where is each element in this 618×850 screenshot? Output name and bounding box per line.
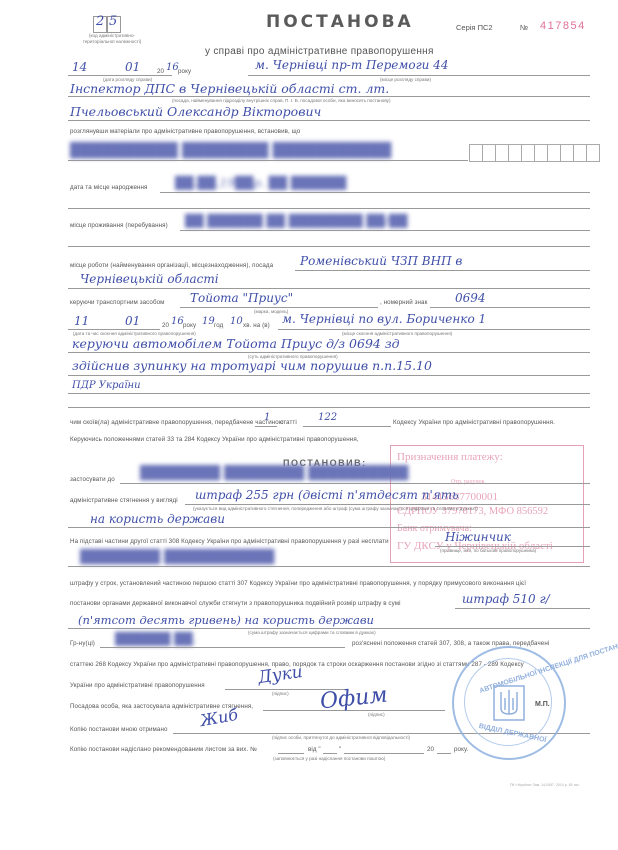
penalty-value: штраф 255 грн (двісті п'ятдесят п'ять <box>195 488 459 502</box>
guided-by-text: Керуючись положеннями статей 33 та 284 К… <box>70 436 359 443</box>
offense-place: м. Чернівці по вул. Бориченко 1 <box>282 312 486 326</box>
series-label: Серія ПС2 <box>456 23 493 32</box>
birth-value-redacted: ██.██.19██р. ██ ██████ <box>175 176 346 190</box>
residence-line <box>180 230 590 231</box>
offense-day-line <box>68 329 120 330</box>
payment-account-label: Отр. рахунок <box>451 479 485 485</box>
residence-value-redacted: ██ ██████ ██ ████████ ██/██ <box>185 214 407 228</box>
residence-label: місце проживання (перебування) <box>70 222 168 229</box>
offense-month: 01 <box>125 314 140 328</box>
case-day: 14 <box>72 60 87 74</box>
article-text-after: Кодексу України про адміністративні прав… <box>393 419 555 426</box>
offense-year-suffix: 16 <box>171 316 184 327</box>
copy-received-caption: (підпис особи, притягнутої до адміністра… <box>272 735 410 740</box>
mailed-year-prefix: 20 <box>427 746 434 753</box>
rights-explained-text: роз'яснені положення статей 307, 308, а … <box>352 640 549 647</box>
document-title: ПОСТАНОВА <box>266 12 414 32</box>
offense-minute: 10 <box>230 316 243 327</box>
double-text: постанови органами державної виконавчої … <box>70 600 401 607</box>
double-line-2 <box>68 628 590 629</box>
vehicle-value: Тойота "Приус" <box>190 291 293 305</box>
apply-line <box>120 483 590 484</box>
document-number: 417854 <box>540 20 586 32</box>
citizen-line <box>100 647 345 648</box>
article-number-line <box>303 426 391 427</box>
double-line <box>455 608 590 609</box>
id-number-cells <box>470 144 600 162</box>
nonpayment-caption: (прізвище, ім'я, по батькові правопорушн… <box>440 548 536 553</box>
apply-value-redacted: ████████ ████████ ██████████ <box>140 466 408 481</box>
offense-day: 11 <box>74 314 89 328</box>
article-number: 122 <box>318 412 337 423</box>
plate-line <box>430 307 590 308</box>
penalty-line <box>185 504 590 505</box>
offense-year-prefix: 20 <box>162 322 169 329</box>
case-year-prefix: 20 <box>157 68 164 75</box>
official-signature-caption: (підпис) <box>368 712 385 717</box>
article-text-mid: статті <box>280 419 297 426</box>
rights-signature-caption: (підпис) <box>272 691 289 696</box>
mailed-number-line <box>278 753 304 754</box>
officer-line-1-rule <box>68 96 590 97</box>
offense-hour: 19 <box>202 316 215 327</box>
copy-received-label: Копію постанови мною отримано <box>70 726 168 733</box>
case-place-line <box>248 75 590 76</box>
nonpayment-name-line-2-redacted: ████████ ███████████ <box>80 550 274 565</box>
review-intro: розглянувши матеріали про адміністративн… <box>70 128 300 135</box>
work-value-line-2: Чернівецькій області <box>80 272 219 286</box>
offense-place-line <box>278 329 590 330</box>
citizen-value-redacted: ██████ ██. <box>115 632 196 646</box>
term-text: штрафу у строк, установлений частиною пе… <box>70 580 526 587</box>
essence-line-1 <box>68 352 590 353</box>
birth-label: дата та місце народження <box>70 184 148 191</box>
article-part: 1 <box>264 412 270 423</box>
mailed-day-line <box>323 753 337 754</box>
work-line-2 <box>68 288 590 289</box>
code-digit-2-value: 5 <box>109 14 117 29</box>
nonpayment-text: На підставі частини другої статті 308 Ко… <box>70 538 389 545</box>
essence-line-2 <box>68 375 590 376</box>
case-month: 01 <box>125 60 140 74</box>
offense-essence-line-3: ПДР України <box>72 380 141 391</box>
essence-line-4 <box>68 407 590 408</box>
mailed-month-line <box>344 753 424 754</box>
nonpayment-name: Ніжинчик <box>445 530 511 544</box>
print-footer-note: ПК «Україна» Зам. 14-0497. 2014 р. 45 ти… <box>510 783 580 787</box>
apply-label: застосувати до <box>70 476 115 483</box>
double-value-line-2: (п'ятсот десять гривень) на користь держ… <box>78 613 374 627</box>
nonpayment-line <box>435 546 590 547</box>
officer-caption: (посада, найменування підрозділу внутріш… <box>172 98 391 103</box>
penalty-caption: (указується вид адміністративного стягне… <box>193 506 478 511</box>
copy-mailed-caption: (заповнюється у разі надіслання постанов… <box>273 756 385 761</box>
residence-line-2 <box>68 246 590 247</box>
birth-line-2 <box>68 208 590 209</box>
territorial-code-caption: (код адміністративно-територіальної нале… <box>77 33 147 45</box>
case-place: м. Чернівці пр-т Перемоги 44 <box>255 58 448 72</box>
trident-icon <box>492 684 526 724</box>
penalty-line-2 <box>68 527 590 528</box>
document-subtitle: у справі про адміністративне правопоруше… <box>205 46 434 57</box>
double-value: штраф 510 г/ <box>462 592 550 606</box>
offense-year-word: року <box>183 322 196 329</box>
birth-line <box>160 192 590 193</box>
offense-month-line <box>120 329 160 330</box>
article-text-before: чим скоїв(ла) адміністративне правопоруш… <box>70 419 284 426</box>
payment-stamp-title: Призначення платежу: <box>397 451 503 463</box>
offense-essence-line-2: здійснив зупинку на тротуарі чим порушив… <box>72 358 432 373</box>
official-seal: АВТОМОБІЛЬНОЇ ІНСПЕКЦІЇ ДЛЯ ПОСТАНОВ ВІД… <box>452 646 566 760</box>
penalty-label: адміністративне стягнення у вигляді <box>70 497 178 504</box>
offender-name-line <box>68 160 468 161</box>
vehicle-line <box>180 307 378 308</box>
code-digit-1-value: 2 <box>96 14 104 29</box>
mailed-from-label: від " <box>308 746 321 753</box>
offense-essence-line-1: керуючи автомобілем Тойота Приус д/з 069… <box>72 336 400 351</box>
work-label: місце роботи (найменування організації, … <box>70 262 273 269</box>
number-label: № <box>520 23 528 32</box>
work-value-line-1: Роменівський ЧЗП ВНП в <box>300 254 462 268</box>
offense-minute-label: хв. на (в) <box>243 322 270 329</box>
mailed-year-word: року. <box>454 746 468 753</box>
case-year-word: року <box>178 68 191 75</box>
plate-label: , номерний знак <box>380 299 427 306</box>
case-month-line <box>120 75 172 76</box>
copy-mailed-text: Копію постанови надіслано рекомендованим… <box>70 746 257 753</box>
officer-line-2-rule <box>68 120 590 121</box>
nonpayment-line-2 <box>68 566 590 567</box>
case-day-line <box>68 75 120 76</box>
vehicle-label: керуючи транспортним засобом <box>70 299 165 306</box>
citizen-label: Гр-ну(ці) <box>70 640 95 647</box>
double-caption: (сума штрафу зазначається цифрами та сло… <box>248 630 376 635</box>
officer-line-1: Інспектор ДПС в Чернівецькій області ст.… <box>70 81 389 96</box>
offense-hour-label: год <box>214 322 223 329</box>
case-year-suffix: 16 <box>166 62 179 73</box>
officer-line-2: Пчельовський Олександр Вікторович <box>70 104 321 119</box>
essence-line-3 <box>68 393 590 394</box>
offender-name-redacted: ██████████ ████████ ███████████ <box>70 143 391 159</box>
rights-line-3: України про адміністративні правопорушен… <box>70 682 205 689</box>
mailed-year-line <box>437 753 451 754</box>
work-line-1 <box>295 270 590 271</box>
penalty-value-line-2: на користь держави <box>90 512 225 526</box>
plate-value: 0694 <box>455 291 486 305</box>
article-part-line <box>255 426 277 427</box>
mailed-quote-close: " <box>339 746 341 753</box>
